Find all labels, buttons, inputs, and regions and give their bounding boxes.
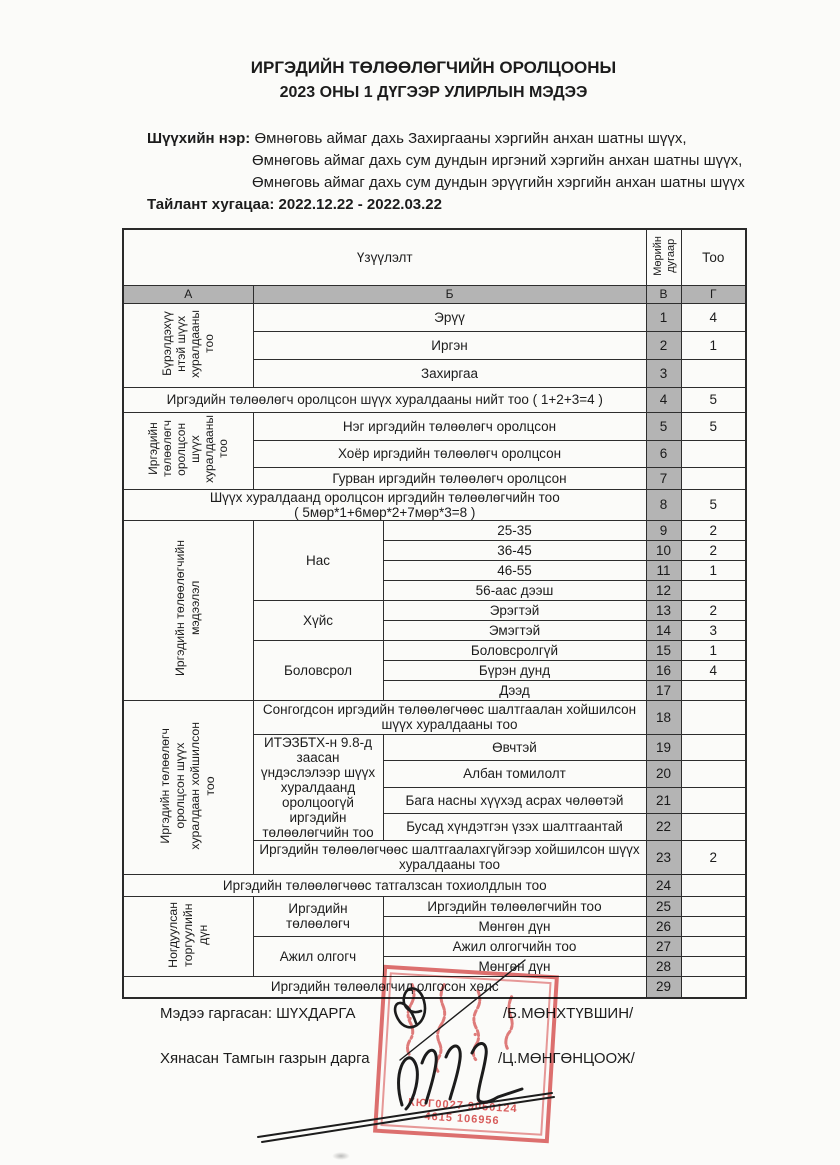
- row-value: [681, 896, 746, 916]
- row-number: 24: [646, 874, 681, 896]
- header-indicator: Үзүүлэлт: [123, 229, 646, 285]
- row-value: 3: [681, 620, 746, 640]
- row-value: [681, 814, 746, 841]
- reviewed-by-line: Хянасан Тамгын газрын дарга: [160, 1050, 370, 1067]
- row-value: [681, 761, 746, 788]
- row-label: Иргэдийн төлөөлөгч оролцсон шүүх хуралда…: [123, 387, 646, 412]
- row-number: 6: [646, 440, 681, 467]
- row-label: 36-45: [383, 540, 646, 560]
- court-name-label: Шүүхийн нэр:: [147, 130, 250, 147]
- row-number: 9: [646, 520, 681, 540]
- row-label: Захиргаа: [253, 359, 646, 387]
- report-title-line2: 2023 ОНЫ 1 ДҮГЭЭР УЛИРЛЫН МЭДЭЭ: [122, 84, 745, 102]
- subgroup-education: Боловсрол: [253, 640, 383, 700]
- row-number: 2: [646, 331, 681, 359]
- subgroup-sex: Хүйс: [253, 600, 383, 640]
- row-number: 17: [646, 680, 681, 700]
- row-number: 27: [646, 936, 681, 956]
- group-cell-rep-info: Иргэдийн төлөөлөгчийн мэдээлэл: [123, 520, 253, 700]
- row-number: 15: [646, 640, 681, 660]
- row-value: [681, 680, 746, 700]
- row-value: 4: [681, 660, 746, 680]
- row-label: Эрүү: [253, 303, 646, 331]
- row-label: Нэг иргэдийн төлөөлөгч оролцсон: [253, 412, 646, 440]
- statistics-table: Үзүүлэлт Мөрийн дугаар Тоо А Б В Г Бүрэл…: [122, 228, 747, 999]
- subgroup-employer: Ажил олгогч: [253, 936, 383, 976]
- row-label: Иргэдийн төлөөлөгчөөс шалтгаалахгүйгээр …: [253, 840, 646, 874]
- row-number: 3: [646, 359, 681, 387]
- row-value: [681, 916, 746, 936]
- court-name-line1: Шүүхийн нэр: Өмнөговь аймаг дахь Захирга…: [147, 128, 767, 150]
- row-number: 23: [646, 840, 681, 874]
- row-value: [681, 874, 746, 896]
- row-number: 25: [646, 896, 681, 916]
- row-label: Гурван иргэдийн төлөөлөгч оролцсон: [253, 467, 646, 489]
- row-value: 1: [681, 560, 746, 580]
- row-label: Мөнгөн дүн: [383, 916, 646, 936]
- row-value: 5: [681, 412, 746, 440]
- row-value: [681, 440, 746, 467]
- group-cell-postponed: Иргэдийн төлөөлөгч оролцсон шүүх хуралда…: [123, 700, 253, 874]
- row-value: [681, 956, 746, 976]
- row-number: 16: [646, 660, 681, 680]
- header-row-number: Мөрийн дугаар: [646, 229, 681, 285]
- row-value: 1: [681, 331, 746, 359]
- prepared-by-line: Мэдээ гаргасан: ШҮХДАРГА: [160, 1005, 356, 1022]
- row-number: 5: [646, 412, 681, 440]
- row-label: 25-35: [383, 520, 646, 540]
- row-value: 5: [681, 489, 746, 520]
- red-official-stamp: КЮГ0027 9050124 4615 106956: [373, 965, 559, 1143]
- row-value: 4: [681, 303, 746, 331]
- row-label: Иргэн: [253, 331, 646, 359]
- row-value: [681, 580, 746, 600]
- row-label: 46-55: [383, 560, 646, 580]
- row-label: Хоёр иргэдийн төлөөлөгч оролцсон: [253, 440, 646, 467]
- row-label: Бага насны хүүхэд асрах чөлөөтэй: [383, 787, 646, 814]
- row-label: Иргэдийн төлөөлөгчийн тоо: [383, 896, 646, 916]
- row-value: [681, 359, 746, 387]
- report-period: Тайлант хугацаа: 2022.12.22 - 2022.03.22: [147, 194, 767, 216]
- row-number: 11: [646, 560, 681, 580]
- row-label: Өвчтэй: [383, 734, 646, 761]
- row-value: 1: [681, 640, 746, 660]
- row-number: 22: [646, 814, 681, 841]
- row-number: 28: [646, 956, 681, 976]
- group-cell-fines: Ногдуулсан торгуулийн дүн: [123, 896, 253, 976]
- col-letter-a: А: [123, 285, 253, 303]
- row-label: Иргэдийн төлөөлөгчөөс татгалзсан тохиолд…: [123, 874, 646, 896]
- col-letter-v: В: [646, 285, 681, 303]
- row-label: Бүрэн дунд: [383, 660, 646, 680]
- report-title-line1: ИРГЭДИЙН ТӨЛӨӨЛӨГЧИЙН ОРОЛЦООНЫ: [122, 58, 745, 78]
- header-count: Тоо: [681, 229, 746, 285]
- row-label: Дээд: [383, 680, 646, 700]
- row-label: Эрэгтэй: [383, 600, 646, 620]
- row-value: 2: [681, 540, 746, 560]
- row-label: Эмэгтэй: [383, 620, 646, 640]
- row-number: 1: [646, 303, 681, 331]
- row-label: Албан томилолт: [383, 761, 646, 788]
- row-value: 5: [681, 387, 746, 412]
- row-value: [681, 734, 746, 761]
- row-number: 21: [646, 787, 681, 814]
- row-number: 26: [646, 916, 681, 936]
- subgroup-age: Нас: [253, 520, 383, 600]
- row-value: 2: [681, 520, 746, 540]
- row-number: 10: [646, 540, 681, 560]
- scan-smudge-artifact: [332, 1152, 350, 1160]
- row-number: 7: [646, 467, 681, 489]
- row-label: Бусад хүндэтгэн үзэх шалтгаантай: [383, 814, 646, 841]
- row-number: 18: [646, 700, 681, 734]
- row-label: Сонгогдсон иргэдийн төлөөлөгчөөс шалтгаа…: [253, 700, 646, 734]
- report-info: Шүүхийн нэр: Өмнөговь аймаг дахь Захирга…: [147, 128, 767, 216]
- row-number: 8: [646, 489, 681, 520]
- subgroup-itezbth: ИТЭЗБТХ-н 9.8-д заасан үндэслэлээр шүүх …: [253, 734, 383, 840]
- group-cell-composition: Бүрэлдэхүү нтэй шүүх хуралдааны тоо: [123, 303, 253, 387]
- row-number: 4: [646, 387, 681, 412]
- group-cell-participated: Иргэдийн төлөөлөгч оролцсон шүүх хуралда…: [123, 412, 253, 489]
- report-period-label: Тайлант хугацаа:: [147, 196, 274, 213]
- report-period-value: 2022.12.22 - 2022.03.22: [279, 196, 442, 213]
- row-number: 13: [646, 600, 681, 620]
- col-letter-b: Б: [253, 285, 646, 303]
- row-label: Шүүх хуралдаанд оролцсон иргэдийн төлөөл…: [123, 489, 646, 520]
- row-value: 2: [681, 840, 746, 874]
- row-value: [681, 936, 746, 956]
- court-name-line3: Өмнөговь аймаг дахь сум дундын эрүүгийн …: [252, 172, 767, 194]
- court-name-line2: Өмнөговь аймаг дахь сум дундын иргэний х…: [252, 150, 767, 172]
- row-number: 20: [646, 761, 681, 788]
- col-letter-g: Г: [681, 285, 746, 303]
- row-value: [681, 700, 746, 734]
- row-value: [681, 976, 746, 998]
- row-label: Боловсролгүй: [383, 640, 646, 660]
- row-value: [681, 787, 746, 814]
- row-label: 56-аас дээш: [383, 580, 646, 600]
- row-number: 29: [646, 976, 681, 998]
- row-number: 14: [646, 620, 681, 640]
- row-number: 19: [646, 734, 681, 761]
- row-value: 2: [681, 600, 746, 620]
- subgroup-citizen-rep: Иргэдийн төлөөлөгч: [253, 896, 383, 936]
- row-value: [681, 467, 746, 489]
- row-number: 12: [646, 580, 681, 600]
- row-label: Ажил олгогчийн тоо: [383, 936, 646, 956]
